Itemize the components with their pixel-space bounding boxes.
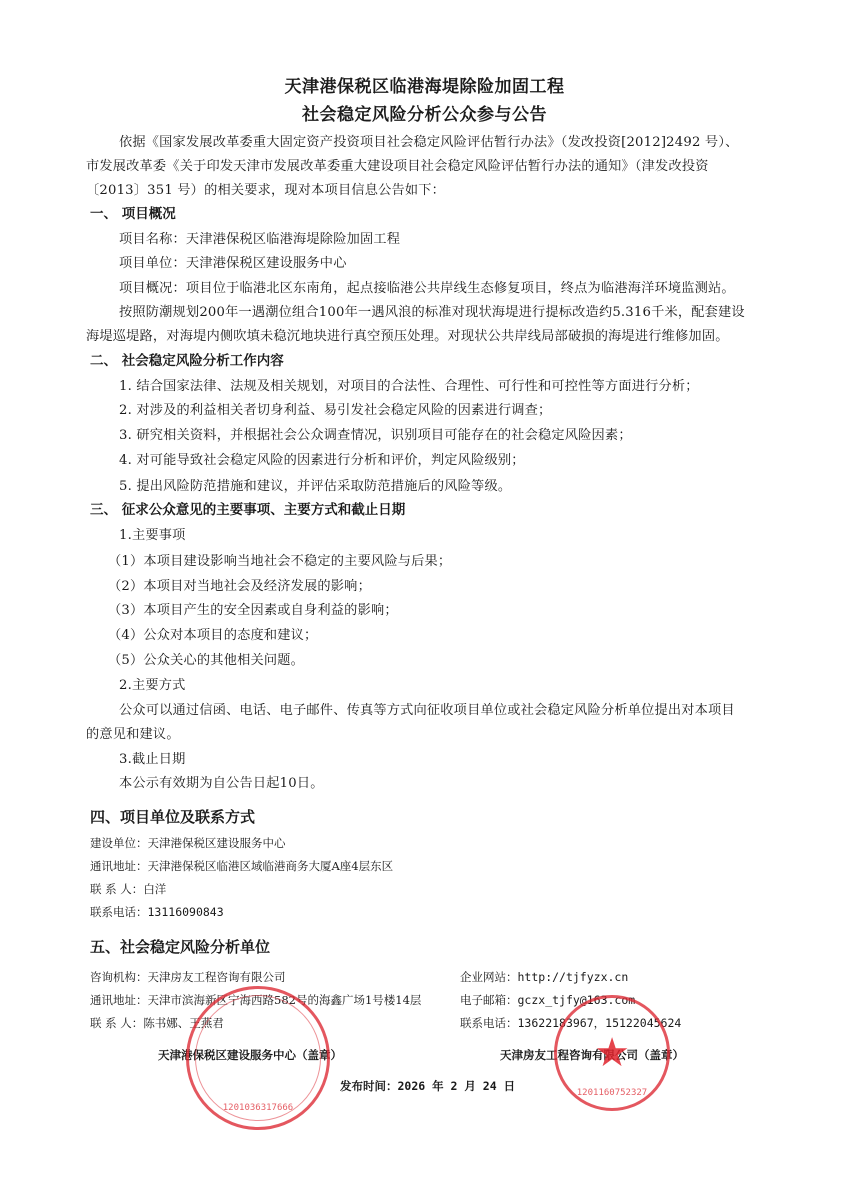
consulting-website-label: 企业网站： (460, 970, 518, 984)
section-1-heading: 一、 项目概况 (90, 208, 176, 222)
section-3-heading: 三、 征求公众意见的主要事项、主要方式和截止日期 (90, 504, 405, 518)
intro-line-2: 市发展改革委《关于印发天津市发展改革委重大建设项目社会稳定风险评估暂行办法的通知… (86, 160, 709, 173)
unit-contact-label: 联 系 人： (90, 882, 143, 896)
matter-item-3: （3）本项目产生的安全因素或自身利益的影响； (108, 604, 398, 617)
publish-date: 发布时间：2026 年 2 月 24 日 (340, 1081, 515, 1093)
main-methods-heading: 2.主要方式 (119, 679, 186, 692)
consulting-address-label: 通讯地址： (90, 993, 148, 1007)
consulting-org-label: 咨询机构： (90, 970, 148, 984)
unit-address-label: 通讯地址： (90, 859, 148, 873)
project-unit: 项目单位：天津港保税区建设服务中心 (119, 257, 347, 270)
matter-item-4: （4）公众对本项目的态度和建议； (108, 629, 317, 642)
work-item-1: 1. 结合国家法律、法规及相关规划，对项目的合法性、合理性、可行性和可控性等方面… (119, 380, 699, 393)
seal-number-left: 1201036317666 (189, 1103, 327, 1113)
main-methods-line-2: 的意见和建议。 (86, 728, 180, 741)
consulting-phone-label: 联系电话： (460, 1016, 518, 1030)
consulting-website: 企业网站：http://tjfyzx.cn (460, 972, 628, 984)
section-5-heading: 五、社会稳定风险分析单位 (90, 940, 270, 955)
seal-construction-center: 1201036317666 (186, 986, 330, 1130)
document-title: 天津港保税区临港海堤除险加固工程 (0, 79, 849, 96)
construction-unit: 建设单位：天津港保税区建设服务中心 (90, 838, 286, 850)
publish-date-label: 发布时间： (340, 1079, 398, 1093)
consulting-contact-label: 联 系 人： (90, 1016, 143, 1030)
unit-contact-value: 白洋 (143, 882, 166, 896)
seal-star-icon: ★ (594, 1033, 630, 1073)
work-item-3: 3. 研究相关资料，并根据社会公众调查情况，识别项目可能存在的社会稳定风险因素； (119, 429, 632, 442)
matter-item-2: （2）本项目对当地社会及经济发展的影响； (108, 580, 371, 593)
matter-item-5: （5）公众关心的其他相关问题。 (108, 654, 304, 667)
publish-date-value: 2026 年 2 月 24 日 (398, 1079, 516, 1093)
unit-address: 通讯地址：天津港保税区临港区域临港商务大厦A座4层东区 (90, 861, 393, 873)
work-item-4: 4. 对可能导致社会稳定风险的因素进行分析和评价，判定风险级别； (119, 454, 525, 467)
consulting-email-label: 电子邮箱： (460, 993, 518, 1007)
document-subtitle: 社会稳定风险分析公众参与公告 (0, 107, 849, 124)
construction-unit-label: 建设单位： (90, 836, 148, 850)
deadline-text: 本公示有效期为自公告日起10日。 (119, 777, 324, 790)
work-item-5: 5. 提出风险防范措施和建议，并评估采取防范措施后的风险等级。 (119, 480, 511, 493)
construction-unit-value: 天津港保税区建设服务中心 (148, 836, 286, 850)
unit-address-value: 天津港保税区临港区域临港商务大厦A座4层东区 (148, 859, 394, 873)
unit-phone: 联系电话：13116090843 (90, 907, 224, 919)
section-4-heading: 四、项目单位及联系方式 (90, 810, 255, 825)
section-2-heading: 二、 社会稳定风险分析工作内容 (90, 355, 284, 369)
intro-line-1: 依据《国家发展改革委重大固定资产投资项目社会稳定风险评估暂行办法》（发改投资[2… (119, 136, 739, 149)
unit-contact: 联 系 人：白洋 (90, 884, 166, 896)
seal-number-right: 1201160752327 (557, 1088, 667, 1098)
deadline-heading: 3.截止日期 (119, 753, 186, 766)
work-item-2: 2. 对涉及的利益相关者切身利益、易引发社会稳定风险的因素进行调查； (119, 404, 551, 417)
project-detail-1: 按照防潮规划200年一遇潮位组合100年一遇风浪的标准对现状海堤进行提标改造约5… (119, 306, 745, 319)
main-matters-heading: 1.主要事项 (119, 529, 186, 542)
unit-phone-value: 13116090843 (148, 905, 224, 919)
consulting-website-link[interactable]: http://tjfyzx.cn (518, 970, 629, 984)
consulting-org: 咨询机构：天津房友工程咨询有限公司 (90, 972, 286, 984)
intro-line-3: 〔2013〕351 号）的相关要求，现对本项目信息公告如下： (86, 184, 445, 197)
seal-consulting-company: ★ 1201160752327 (554, 995, 670, 1111)
project-detail-2: 海堤巡堤路，对海堤内侧吹填未稳沉地块进行真空预压处理。对现状公共岸线局部破损的海… (86, 330, 729, 343)
consulting-org-value: 天津房友工程咨询有限公司 (148, 970, 286, 984)
matter-item-1: （1）本项目建设影响当地社会不稳定的主要风险与后果； (108, 555, 451, 568)
project-name: 项目名称：天津港保税区临港海堤除险加固工程 (119, 233, 400, 246)
unit-phone-label: 联系电话： (90, 905, 148, 919)
project-overview: 项目概况：项目位于临港北区东南角，起点接临港公共岸线生态修复项目，终点为临港海洋… (119, 282, 735, 295)
main-methods-line-1: 公众可以通过信函、电话、电子邮件、传真等方式向征收项目单位或社会稳定风险分析单位… (119, 704, 735, 717)
